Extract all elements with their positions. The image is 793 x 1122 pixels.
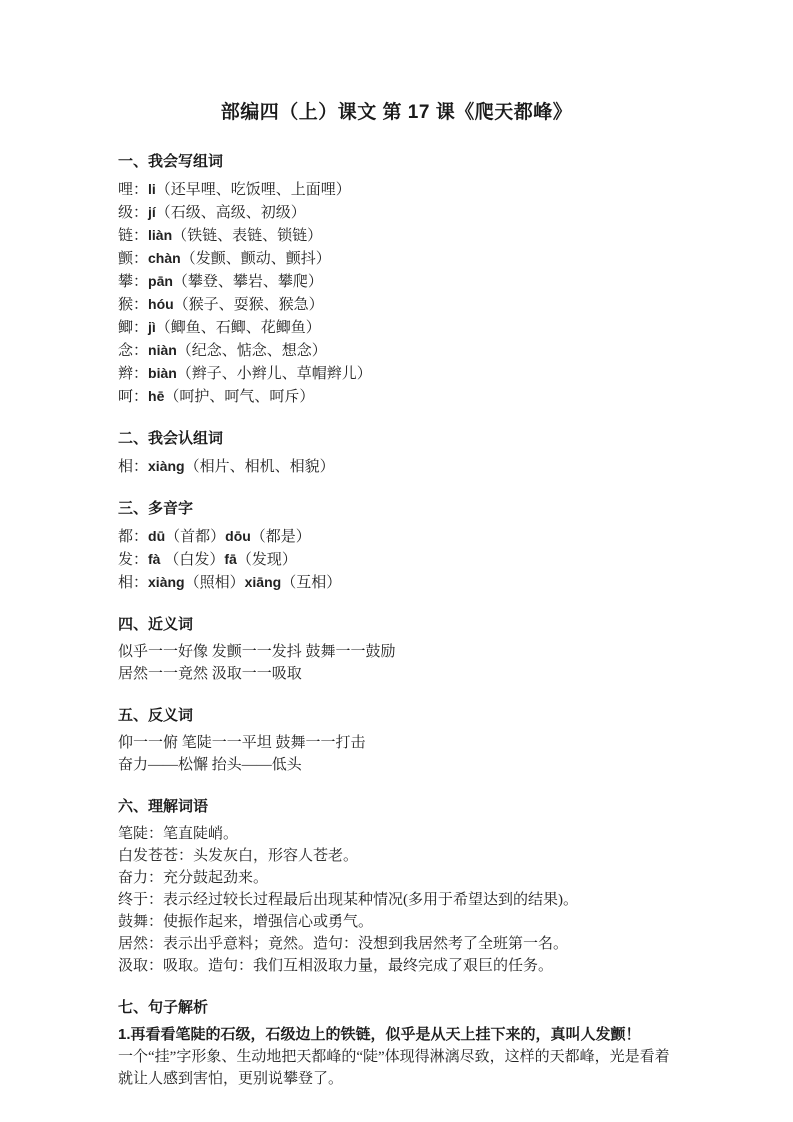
pinyin-text: jì xyxy=(148,319,156,335)
section-heading: 七、句子解析 xyxy=(118,997,675,1019)
section-polyphones: 三、多音字 都：dū（首都）dōu（都是） 发：fà （白发）fā（发现） 相：… xyxy=(118,498,675,594)
word-group-2: （发现） xyxy=(237,552,297,568)
antonym-line: 奋力——松懈 抬头——低头 xyxy=(118,754,675,776)
hanzi-char: 呵： xyxy=(118,389,148,405)
section-recognize-words: 二、我会认组词 相：xiàng（相片、相机、相貌） xyxy=(118,428,675,478)
word-entry-row: 呵：hē（呵护、呵气、呵斥） xyxy=(118,385,675,408)
word-group-text: （还早哩、吃饭哩、上面哩） xyxy=(156,182,351,198)
section-sentence-analysis: 七、句子解析 1.再看看笔陡的石级，石级边上的铁链，似乎是从天上挂下来的，真叫人… xyxy=(118,997,675,1090)
section-synonyms: 四、近义词 似乎一一好像 发颤一一发抖 鼓舞一一鼓励 居然一一竟然 汲取一一吸取 xyxy=(118,614,675,685)
polyphone-row: 都：dū（首都）dōu（都是） xyxy=(118,525,675,548)
word-entry-row: 辫：biàn（辫子、小辫儿、草帽辫儿） xyxy=(118,362,675,385)
pinyin-text: chàn xyxy=(148,250,181,266)
word-entry-row: 链：liàn（铁链、表链、锁链） xyxy=(118,224,675,247)
word-group-2: （都是） xyxy=(251,529,311,545)
word-entry-row: 攀：pān（攀登、攀岩、攀爬） xyxy=(118,270,675,293)
word-entry-row: 相：xiàng（相片、相机、相貌） xyxy=(118,455,675,478)
pinyin-text: li xyxy=(148,181,156,197)
hanzi-char: 哩： xyxy=(118,182,148,198)
pinyin-text: liàn xyxy=(148,227,172,243)
word-definition-line: 白发苍苍：头发灰白，形容人苍老。 xyxy=(118,845,675,867)
hanzi-char: 颤： xyxy=(118,251,148,267)
section-heading: 六、理解词语 xyxy=(118,796,675,818)
hanzi-char: 链： xyxy=(118,228,148,244)
hanzi-char: 都： xyxy=(118,529,148,545)
hanzi-char: 猴： xyxy=(118,297,148,313)
word-definition-line: 汲取：吸取。造句：我们互相汲取力量，最终完成了艰巨的任务。 xyxy=(118,955,675,977)
polyphone-row: 发：fà （白发）fā（发现） xyxy=(118,548,675,571)
word-definition-line: 笔陡：笔直陡峭。 xyxy=(118,823,675,845)
section-heading: 三、多音字 xyxy=(118,498,675,520)
word-definition-line: 终于：表示经过较长过程最后出现某种情况(多用于希望达到的结果)。 xyxy=(118,889,675,911)
pinyin-text-1: dū xyxy=(148,528,165,544)
hanzi-char: 相： xyxy=(118,575,148,591)
word-group-text: （发颤、颤动、颤抖） xyxy=(181,251,331,267)
word-group-text: （辫子、小辫儿、草帽辫儿） xyxy=(177,366,372,382)
word-definition-line: 奋力：充分鼓起劲来。 xyxy=(118,867,675,889)
hanzi-char: 级： xyxy=(118,205,148,221)
word-group-2: （互相） xyxy=(281,575,341,591)
word-group-text: （铁链、表链、锁链） xyxy=(172,228,322,244)
word-group-text: （鲫鱼、石鲫、花鲫鱼） xyxy=(156,320,321,336)
section-write-words: 一、我会写组词 哩：li（还早哩、吃饭哩、上面哩） 级：jí（石级、高级、初级）… xyxy=(118,151,675,408)
hanzi-char: 发： xyxy=(118,552,148,568)
hanzi-char: 鲫： xyxy=(118,320,148,336)
synonym-line: 居然一一竟然 汲取一一吸取 xyxy=(118,663,675,685)
word-group-1: （白发） xyxy=(164,552,224,568)
pinyin-text: pān xyxy=(148,273,173,289)
word-definition-line: 鼓舞：使振作起来，增强信心或勇气。 xyxy=(118,911,675,933)
hanzi-char: 相： xyxy=(118,459,148,475)
pinyin-text-2: dōu xyxy=(225,528,251,544)
word-group-1: （照相） xyxy=(185,575,245,591)
section-heading: 二、我会认组词 xyxy=(118,428,675,450)
word-entry-row: 颤：chàn（发颤、颤动、颤抖） xyxy=(118,247,675,270)
word-entry-row: 猴：hóu（猴子、耍猴、猴急） xyxy=(118,293,675,316)
word-group-text: （猴子、耍猴、猴急） xyxy=(174,297,324,313)
pinyin-text: jí xyxy=(148,204,156,220)
word-group-text: （相片、相机、相貌） xyxy=(185,459,335,475)
section-heading: 一、我会写组词 xyxy=(118,151,675,173)
analyzed-sentence: 1.再看看笔陡的石级，石级边上的铁链，似乎是从天上挂下来的，真叫人发颤！ xyxy=(118,1024,675,1046)
word-group-text: （纪念、惦念、想念） xyxy=(177,343,327,359)
word-entry-row: 级：jí（石级、高级、初级） xyxy=(118,201,675,224)
document-page: 部编四（上）课文 第 17 课《爬天都峰》 一、我会写组词 哩：li（还早哩、吃… xyxy=(0,0,793,1122)
hanzi-char: 辫： xyxy=(118,366,148,382)
antonym-line: 仰一一俯 笔陡一一平坦 鼓舞一一打击 xyxy=(118,732,675,754)
word-group-text: （呵护、呵气、呵斥） xyxy=(164,389,314,405)
pinyin-text-1: xiàng xyxy=(148,574,185,590)
pinyin-text-1: fà xyxy=(148,551,164,567)
section-heading: 五、反义词 xyxy=(118,705,675,727)
synonym-line: 似乎一一好像 发颤一一发抖 鼓舞一一鼓励 xyxy=(118,641,675,663)
pinyin-text-2: fā xyxy=(224,551,236,567)
pinyin-text: biàn xyxy=(148,365,177,381)
pinyin-text: xiàng xyxy=(148,458,185,474)
pinyin-text-2: xiāng xyxy=(245,574,282,590)
document-title: 部编四（上）课文 第 17 课《爬天都峰》 xyxy=(118,99,675,127)
word-group-text: （攀登、攀岩、攀爬） xyxy=(173,274,323,290)
hanzi-char: 念： xyxy=(118,343,148,359)
polyphone-row: 相：xiàng（照相）xiāng（互相） xyxy=(118,571,675,594)
pinyin-text: hē xyxy=(148,388,164,404)
word-group-1: （首都） xyxy=(165,529,225,545)
hanzi-char: 攀： xyxy=(118,274,148,290)
section-antonyms: 五、反义词 仰一一俯 笔陡一一平坦 鼓舞一一打击 奋力——松懈 抬头——低头 xyxy=(118,705,675,776)
section-heading: 四、近义词 xyxy=(118,614,675,636)
section-word-meanings: 六、理解词语 笔陡：笔直陡峭。 白发苍苍：头发灰白，形容人苍老。 奋力：充分鼓起… xyxy=(118,796,675,977)
pinyin-text: hóu xyxy=(148,296,174,312)
word-group-text: （石级、高级、初级） xyxy=(156,205,306,221)
word-definition-line: 居然：表示出乎意料；竟然。造句：没想到我居然考了全班第一名。 xyxy=(118,933,675,955)
word-entry-row: 念：niàn（纪念、惦念、想念） xyxy=(118,339,675,362)
word-entry-row: 鲫：jì（鲫鱼、石鲫、花鲫鱼） xyxy=(118,316,675,339)
sentence-analysis-text: 一个“挂”字形象、生动地把天都峰的“陡”体现得淋漓尽致，这样的天都峰，光是看着就… xyxy=(118,1046,675,1090)
word-entry-row: 哩：li（还早哩、吃饭哩、上面哩） xyxy=(118,178,675,201)
pinyin-text: niàn xyxy=(148,342,177,358)
